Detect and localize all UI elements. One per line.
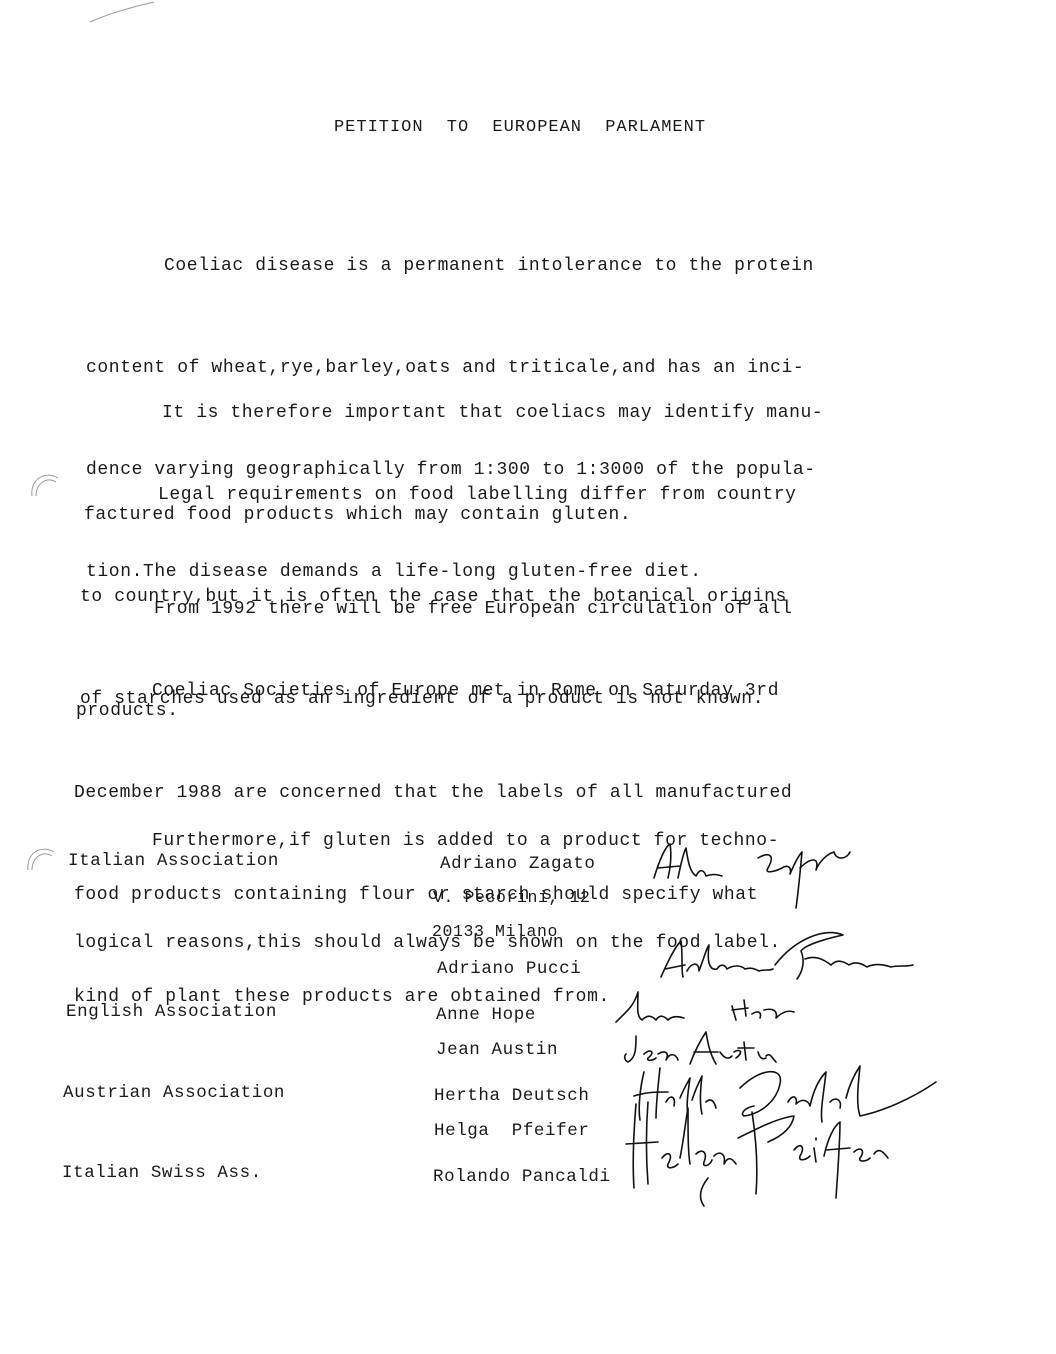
petition-page: PETITION TO EUROPEAN PARLAMENT Coeliac d… [0, 0, 1056, 1354]
association-label: English Association [66, 1002, 277, 1022]
signer-name: Adriano Zagato [440, 854, 595, 874]
association-label: Italian Swiss Ass. [62, 1163, 262, 1183]
paragraph-line: Coeliac disease is a permanent intoleran… [86, 249, 816, 283]
signer-name: Rolando Pancaldi [433, 1167, 611, 1187]
signer-name: Hertha Deutsch [434, 1086, 589, 1106]
signer-name: Jean Austin [436, 1040, 558, 1060]
scan-mark [88, 0, 158, 29]
signer-address: V. Pecorini, 12 [433, 888, 591, 907]
hole-punch-mark [24, 840, 60, 885]
document-title: PETITION TO EUROPEAN PARLAMENT [0, 118, 1040, 137]
association-label: Austrian Association [63, 1083, 285, 1103]
paragraph-line: logical reasons,this should always be sh… [74, 926, 781, 960]
signer-name: Helga Pfeifer [434, 1121, 589, 1141]
signature-pfeifer [618, 1098, 898, 1208]
signer-address: 20133 Milano [432, 922, 558, 941]
paragraph-line: Coeliac Societies of Europe met in Rome … [74, 674, 792, 708]
paragraph-gluten-added: Furthermore,if gluten is added to a prod… [74, 756, 781, 1028]
paragraph-line: Legal requirements on food labelling dif… [80, 478, 797, 512]
signer-name: Anne Hope [436, 1005, 536, 1025]
association-label: Italian Association [68, 851, 279, 871]
hole-punch-mark [28, 466, 64, 511]
signer-name: Adriano Pucci [437, 959, 581, 979]
